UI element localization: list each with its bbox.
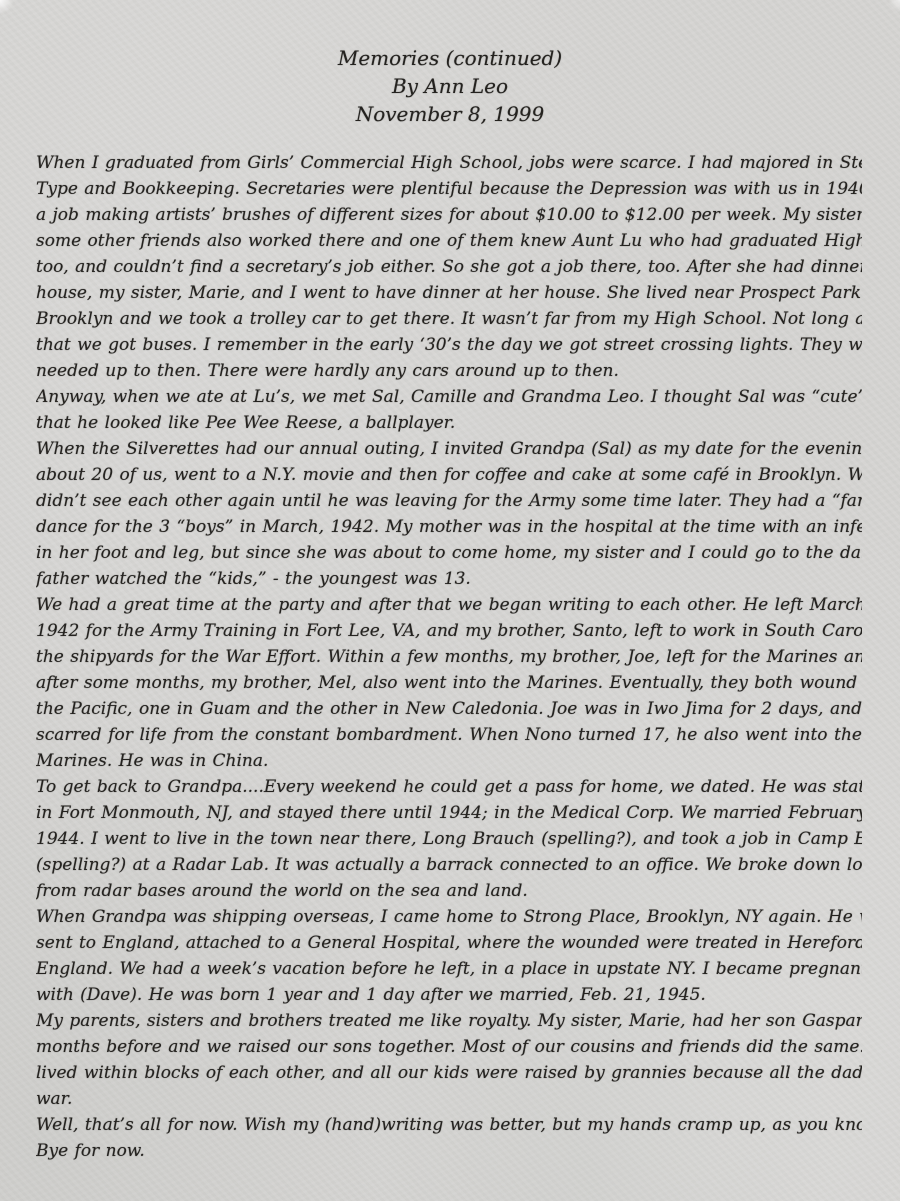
text-line: in her foot and leg, but since she was a… bbox=[36, 540, 862, 566]
text-line: that he looked like Pee Wee Reese, a bal… bbox=[36, 410, 862, 436]
text-line: the Pacific, one in Guam and the other i… bbox=[36, 696, 862, 722]
text-line: Marines. He was in China. bbox=[36, 748, 862, 774]
text-line: some other friends also worked there and… bbox=[36, 228, 862, 254]
text-line: We had a great time at the party and aft… bbox=[36, 592, 862, 618]
document-date: November 8, 1999 bbox=[0, 100, 900, 128]
text-line: the shipyards for the War Effort. Within… bbox=[36, 644, 862, 670]
text-line: Anyway, when we ate at Lu’s, we met Sal,… bbox=[36, 384, 862, 410]
text-line: When I graduated from Girls’ Commercial … bbox=[36, 150, 862, 176]
text-line: didn’t see each other again until he was… bbox=[36, 488, 862, 514]
text-line: Type and Bookkeeping. Secretaries were p… bbox=[36, 176, 862, 202]
text-line: months before and we raised our sons tog… bbox=[36, 1034, 862, 1060]
text-line: My parents, sisters and brothers treated… bbox=[36, 1008, 862, 1034]
text-line: Brooklyn and we took a trolley car to ge… bbox=[36, 306, 862, 332]
text-line: that we got buses. I remember in the ear… bbox=[36, 332, 862, 358]
text-line: from radar bases around the world on the… bbox=[36, 878, 862, 904]
text-line: When Grandpa was shipping overseas, I ca… bbox=[36, 904, 862, 930]
text-line: 1942 for the Army Training in Fort Lee, … bbox=[36, 618, 862, 644]
text-line: after some months, my brother, Mel, also… bbox=[36, 670, 862, 696]
text-line: sent to England, attached to a General H… bbox=[36, 930, 862, 956]
document-title: Memories (continued) bbox=[0, 44, 900, 72]
text-line: too, and couldn’t find a secretary’s job… bbox=[36, 254, 862, 280]
text-line: (spelling?) at a Radar Lab. It was actua… bbox=[36, 852, 862, 878]
text-line: with (Dave). He was born 1 year and 1 da… bbox=[36, 982, 862, 1008]
text-line: lived within blocks of each other, and a… bbox=[36, 1060, 862, 1086]
text-line: house, my sister, Marie, and I went to h… bbox=[36, 280, 862, 306]
text-line: England. We had a week’s vacation before… bbox=[36, 956, 862, 982]
text-line: in Fort Monmouth, NJ, and stayed there u… bbox=[36, 800, 862, 826]
document-header: Memories (continued) By Ann Leo November… bbox=[0, 0, 900, 128]
document-body: When I graduated from Girls’ Commercial … bbox=[36, 150, 862, 1164]
document-byline: By Ann Leo bbox=[0, 72, 900, 100]
text-line: scarred for life from the constant bomba… bbox=[36, 722, 862, 748]
text-line: Bye for now. bbox=[36, 1138, 862, 1164]
text-line: needed up to then. There were hardly any… bbox=[36, 358, 862, 384]
text-line: father watched the “kids,” - the younges… bbox=[36, 566, 862, 592]
text-line: Well, that’s all for now. Wish my (hand)… bbox=[36, 1112, 862, 1138]
text-line: To get back to Grandpa....Every weekend … bbox=[36, 774, 862, 800]
text-line: war. bbox=[36, 1086, 862, 1112]
text-line: 1944. I went to live in the town near th… bbox=[36, 826, 862, 852]
text-line: about 20 of us, went to a N.Y. movie and… bbox=[36, 462, 862, 488]
text-line: dance for the 3 “boys” in March, 1942. M… bbox=[36, 514, 862, 540]
document-photo: Memories (continued) By Ann Leo November… bbox=[0, 0, 900, 1201]
text-line: When the Silverettes had our annual outi… bbox=[36, 436, 862, 462]
text-line: a job making artists’ brushes of differe… bbox=[36, 202, 862, 228]
